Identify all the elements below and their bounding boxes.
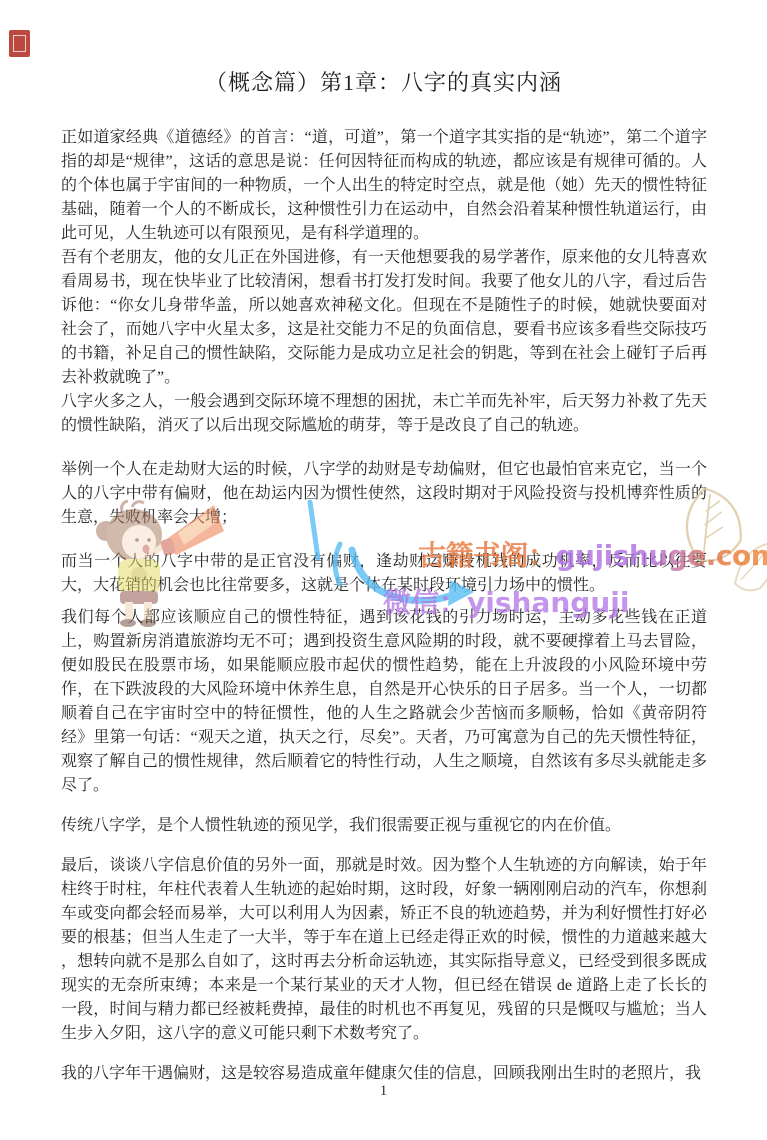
paragraph: 最后，谈谈八字信息价值的另外一面，那就是时效。因为整个人生轨迹的方向解读，始于年… — [61, 854, 707, 1046]
body-text: 正如道家经典《道德经》的首言：“道，可道”，第一个道字其实指的是“轨迹”，第二个… — [61, 126, 707, 1086]
paragraph: 八字火多之人，一般会遇到交际环境不理想的困扰，未亡羊而先补牢，后天努力补救了先天… — [61, 390, 707, 438]
chapter-title: （概念篇）第1章：八字的真实内涵 — [0, 66, 767, 97]
paragraph: 吾有个老朋友，他的女儿正在外国进修，有一天他想要我的易学著作，原来他的女儿特喜欢… — [61, 246, 707, 390]
publisher-seal-icon — [9, 30, 30, 57]
paragraph: 举例一个人在走劫财大运的时候，八字学的劫财是专劫偏财，但它也最怕官来克它，当一个… — [61, 458, 707, 530]
page-number: 1 — [0, 1083, 767, 1100]
paragraph: 传统八字学，是个人惯性轨迹的预见学，我们很需要正视与重视它的内在价值。 — [61, 814, 707, 838]
paragraph: 而当一个人的八字中带的是正官没有偏财，逢劫财运赚投机钱的成功机率，反而比以往要大… — [61, 550, 707, 598]
document-page: （概念篇）第1章：八字的真实内涵 正如道家经典《道德经》的首言：“道，可道”，第… — [0, 0, 767, 1140]
paragraph: 正如道家经典《道德经》的首言：“道，可道”，第一个道字其实指的是“轨迹”，第二个… — [61, 126, 707, 246]
leaf-icon — [723, 529, 767, 605]
paragraph: 我们每个人都应该顺应自己的惯性特征，遇到该花钱的引力场时运，主动多花些钱在正道上… — [61, 606, 707, 798]
